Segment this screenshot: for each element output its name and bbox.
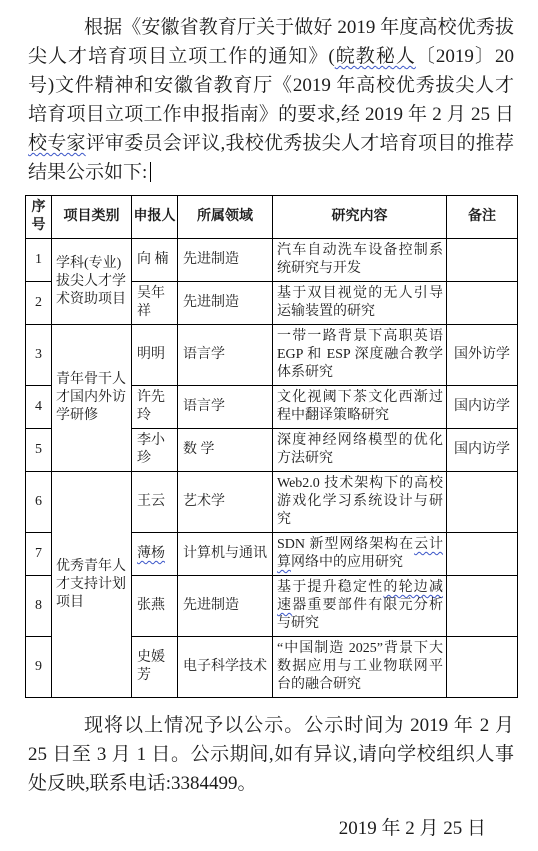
cell-content: SDN 新型网络架构在云计算网络中的应用研究 <box>273 533 447 576</box>
cell-applicant: 李小珍 <box>132 429 178 472</box>
intro-text-3: 评审委员会评议,我校优秀拔尖人才培育项目的推荐结果公示如下: <box>28 133 514 183</box>
cell-remark: 国内访学 <box>447 386 518 429</box>
content-text: 一带一路背景下高职英语 EGP 和 ESP 深度融合教学体系研究 <box>277 329 443 380</box>
cell-field: 先进制造 <box>178 239 273 282</box>
header-content: 研究内容 <box>273 196 447 239</box>
cell-remark <box>447 282 518 325</box>
cell-applicant: 张燕 <box>132 576 178 637</box>
cell-field: 先进制造 <box>178 576 273 637</box>
content-text: 深度神经网络模型的优化方法研究 <box>277 433 443 466</box>
cell-field: 电子科学技术 <box>178 637 273 698</box>
content-text: 基于双目视觉的无人引导运输装置的研究 <box>277 286 443 319</box>
cell-remark <box>447 637 518 698</box>
spellcheck-wavy-text-2: 校专家 <box>28 133 86 154</box>
header-remark: 备注 <box>447 196 518 239</box>
cell-content: 基于双目视觉的无人引导运输装置的研究 <box>273 282 447 325</box>
cell-no: 8 <box>26 576 52 637</box>
document-page: 根据《安徽省教育厅关于做好 2019 年度高校优秀拔尖人才培育项目立项工作的通知… <box>0 0 538 851</box>
cell-applicant: 许先玲 <box>132 386 178 429</box>
cell-no: 4 <box>26 386 52 429</box>
cell-remark: 国外访学 <box>447 325 518 386</box>
content-text: 汽车自动洗车设备控制系统研究与开发 <box>277 243 443 276</box>
signature-date: 2019 年 2 月 25 日 <box>28 814 514 843</box>
table-header-row: 序号 项目类别 申报人 所属领域 研究内容 备注 <box>26 196 518 239</box>
header-applicant: 申报人 <box>132 196 178 239</box>
cell-no: 9 <box>26 637 52 698</box>
recommendation-results-table: 序号 项目类别 申报人 所属领域 研究内容 备注 1 学科(专业)拔尖人才学术资… <box>25 195 518 698</box>
content-text: 基于提升稳定性 <box>277 580 383 595</box>
cell-applicant: 王云 <box>132 472 178 533</box>
content-text: “中国制造 2025”背景下大数据应用与工业物联网平台的融合研究 <box>277 641 443 692</box>
content-text: 网络中的应用研究 <box>291 555 403 570</box>
cell-content: 一带一路背景下高职英语 EGP 和 ESP 深度融合教学体系研究 <box>273 325 447 386</box>
header-no: 序号 <box>26 196 52 239</box>
content-text: Web2.0 技术架构下的高校游戏化学习系统设计与研究 <box>277 476 443 527</box>
cell-applicant: 史媛芳 <box>132 637 178 698</box>
cell-content: 基于提升稳定性的轮边减速器重要部件有限元分析与研究 <box>273 576 447 637</box>
cell-remark: 国内访学 <box>447 429 518 472</box>
cell-field: 语言学 <box>178 325 273 386</box>
cell-applicant: 明明 <box>132 325 178 386</box>
cell-content: 文化视阈下茶文化西渐过程中翻译策略研究 <box>273 386 447 429</box>
table-row: 6 优秀青年人才支持计划项目 王云 艺术学 Web2.0 技术架构下的高校游戏化… <box>26 472 518 533</box>
content-text: 文化视阈下茶文化西渐过程中翻译策略研究 <box>277 390 443 423</box>
content-text: 器重要部件有限元分析与研究 <box>277 598 443 631</box>
cell-no: 7 <box>26 533 52 576</box>
cell-content: Web2.0 技术架构下的高校游戏化学习系统设计与研究 <box>273 472 447 533</box>
cell-content: 汽车自动洗车设备控制系统研究与开发 <box>273 239 447 282</box>
cell-category-1: 学科(专业)拔尖人才学术资助项目 <box>52 239 132 325</box>
cell-remark <box>447 533 518 576</box>
cell-category-2: 青年骨干人才国内外访学研修 <box>52 325 132 472</box>
cell-applicant: 吴年祥 <box>132 282 178 325</box>
cell-field: 语言学 <box>178 386 273 429</box>
closing-paragraph: 现将以上情况予以公示。公示时间为 2019 年 2 月 25 日至 3 月 1 … <box>28 711 514 798</box>
cell-category-3: 优秀青年人才支持计划项目 <box>52 472 132 698</box>
text-caret <box>150 162 151 182</box>
cell-no: 6 <box>26 472 52 533</box>
cell-remark <box>447 576 518 637</box>
cell-applicant: 薄杨 <box>132 533 178 576</box>
intro-paragraph: 根据《安徽省教育厅关于做好 2019 年度高校优秀拔尖人才培育项目立项工作的通知… <box>28 13 514 187</box>
cell-field: 先进制造 <box>178 282 273 325</box>
cell-no: 3 <box>26 325 52 386</box>
cell-field: 艺术学 <box>178 472 273 533</box>
cell-no: 1 <box>26 239 52 282</box>
cell-remark <box>447 239 518 282</box>
cell-no: 2 <box>26 282 52 325</box>
header-category: 项目类别 <box>52 196 132 239</box>
cell-field: 计算机与通讯 <box>178 533 273 576</box>
cell-content: 深度神经网络模型的优化方法研究 <box>273 429 447 472</box>
header-field: 所属领域 <box>178 196 273 239</box>
content-text: SDN 新型网络架构在 <box>277 537 414 552</box>
cell-field: 数 学 <box>178 429 273 472</box>
cell-remark <box>447 472 518 533</box>
spellcheck-wavy-text-1: 皖教秘人 <box>335 46 416 67</box>
cell-no: 5 <box>26 429 52 472</box>
table-row: 1 学科(专业)拔尖人才学术资助项目 向 楠 先进制造 汽车自动洗车设备控制系统… <box>26 239 518 282</box>
spellcheck-wavy-name: 薄杨 <box>137 546 165 561</box>
cell-applicant: 向 楠 <box>132 239 178 282</box>
cell-content: “中国制造 2025”背景下大数据应用与工业物联网平台的融合研究 <box>273 637 447 698</box>
table-row: 3 青年骨干人才国内外访学研修 明明 语言学 一带一路背景下高职英语 EGP 和… <box>26 325 518 386</box>
